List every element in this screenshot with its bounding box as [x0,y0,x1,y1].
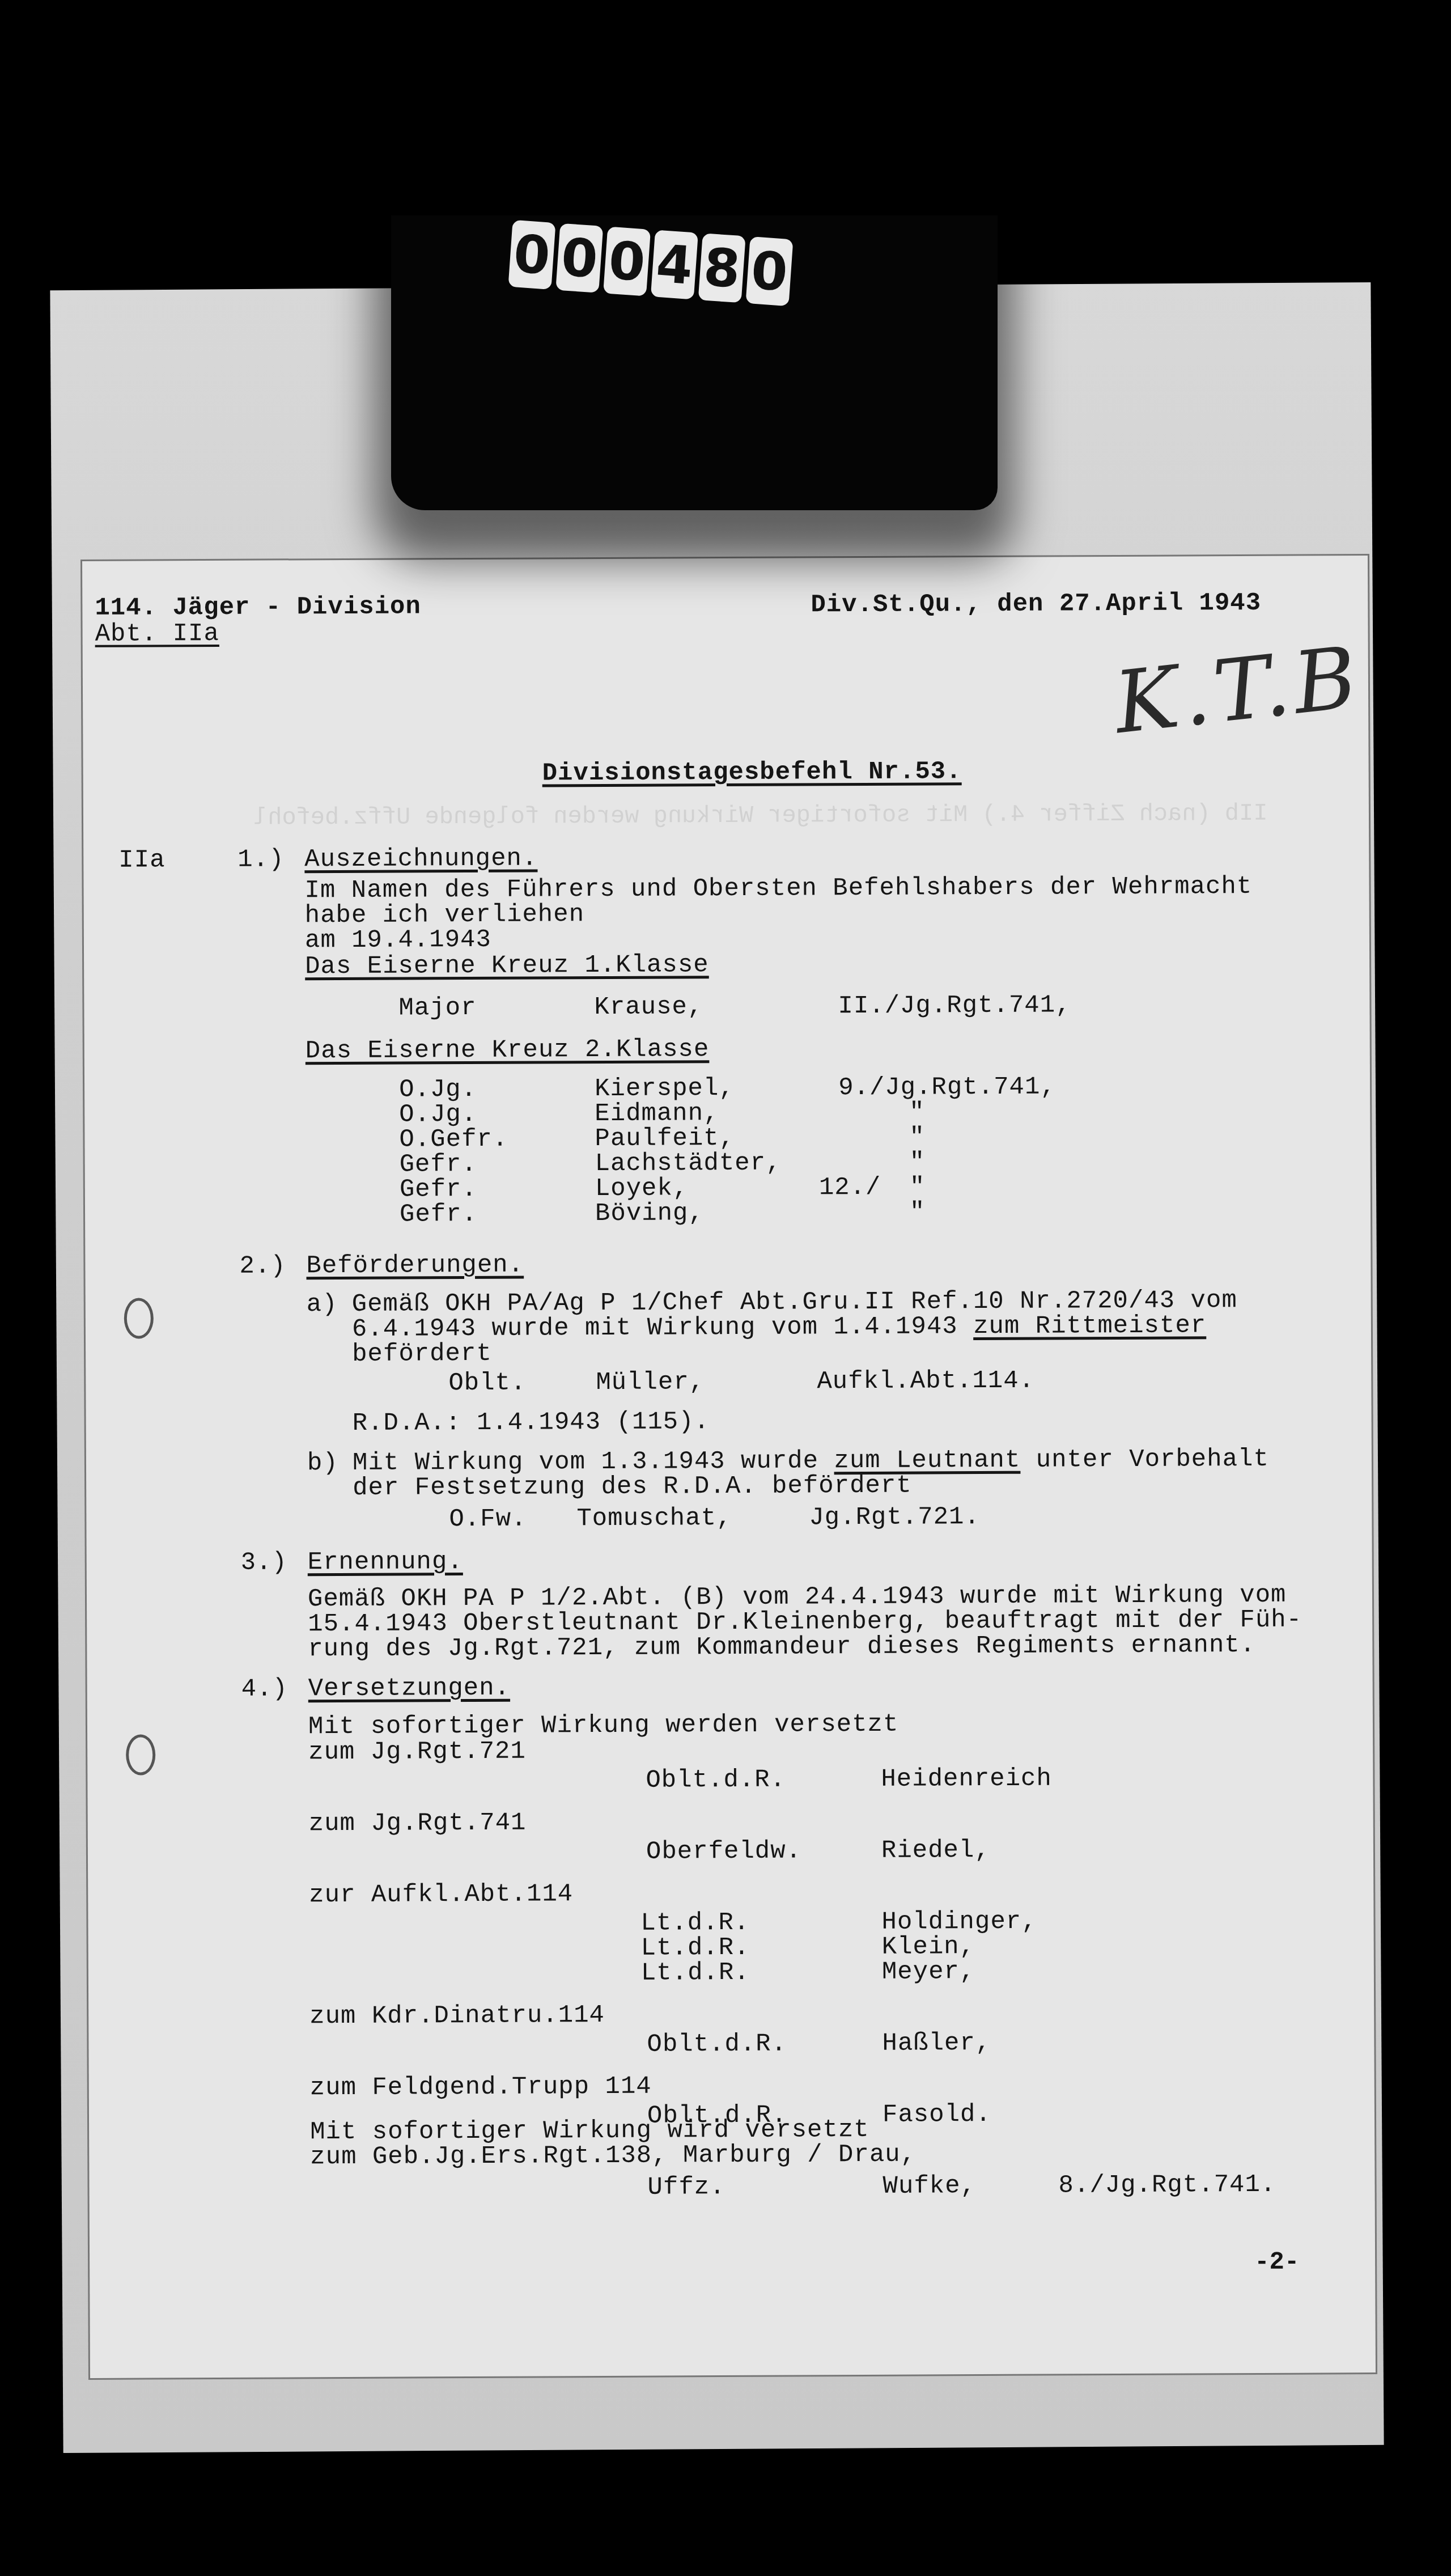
department-label: Abt. IIa [95,621,219,647]
section-3-line: rung des Jg.Rgt.721, zum Kommandeur dies… [308,1632,1255,1662]
section-1-heading: Auszeichnungen. [304,845,537,872]
section-3-heading: Ernennung. [308,1549,463,1575]
unit-name: 114. Jäger - Division [95,594,421,621]
counter-digit: 8 [698,233,746,303]
destination: zum Feldgend.Trupp 114 [310,2074,652,2102]
bleed-through-text: IIb (nach Ziffer 4.) Mit sofortiger Wirk… [253,800,1268,832]
name: Fasold. [883,2102,991,2128]
name: Loyek, [595,1175,689,1202]
rank: Oblt.d.R. [647,2031,787,2058]
destination: zur Aufkl.Abt.114 [309,1881,573,1908]
section-3-number: 3.) [241,1549,287,1575]
underlined-rank: zum Leutnant [834,1446,1020,1475]
unit: " [909,1124,925,1150]
name: Paulfeit, [595,1125,735,1152]
underlined-rank: zum Rittmeister [973,1311,1206,1341]
text: unter Vorbehalt [1020,1445,1269,1475]
destination: zum Kdr.Dinatru.114 [309,2002,605,2030]
rank: Lt.d.R. [640,1910,749,1937]
rank: Major [398,995,476,1022]
item-a-label: a) [307,1291,338,1317]
name: Kierspel, [595,1075,735,1102]
section-4-heading: Versetzungen. [308,1675,510,1702]
destination: zum Jg.Rgt.721 [308,1739,526,1766]
rank: O.Jg. [399,1077,477,1103]
unit: Aufkl.Abt.114. [817,1368,1034,1395]
rank: Oblt.d.R. [646,1767,786,1794]
name: Klein, [882,1934,975,1960]
rank: O.Jg. [399,1101,477,1128]
rank: Gefr. [400,1151,477,1178]
punch-hole-icon [126,1734,155,1775]
rank: O.Gefr. [399,1126,508,1153]
section-4-number: 4.) [241,1676,288,1702]
margin-label: IIa [118,847,165,873]
rank: Gefr. [400,1176,477,1203]
handwritten-ktb-mark: K.T.B [1110,628,1366,753]
name: Böving, [595,1200,704,1227]
name: Eidmann, [595,1100,719,1127]
rda-line: R.D.A.: 1.4.1943 (115). [353,1409,710,1437]
section-1-intro-line: habe ich verliehen [305,901,584,929]
unit: " [910,1149,926,1175]
name: Wufke, [883,2173,976,2200]
award-1-title: Das Eiserne Kreuz 1.Klasse [305,952,709,980]
rank: Lt.d.R. [641,1935,750,1961]
place-date: Div.St.Qu., den 27.April 1943 [811,590,1261,618]
section-4-destination-2: zum Geb.Jg.Ers.Rgt.138, Marburg / Drau, [310,2142,916,2171]
name: Müller, [596,1369,705,1396]
name: Tomuschat, [576,1505,732,1532]
unit: " [910,1199,926,1225]
rank: O.Fw. [449,1506,527,1533]
rank: Gefr. [400,1201,477,1228]
page-number: -2- [1254,2248,1299,2277]
unit: 9./Jg.Rgt.741, [838,1074,1056,1101]
name: Holdinger, [881,1909,1037,1935]
rank: Oblt. [448,1370,526,1397]
unit: " [910,1174,926,1200]
counter-digit: 0 [555,223,603,293]
section-2-heading: Beförderungen. [306,1252,524,1279]
name: Riedel, [881,1837,990,1864]
counter-digit: 0 [508,220,555,290]
award-2-title: Das Eiserne Kreuz 2.Klasse [306,1036,710,1064]
rank: Oberfeldw. [646,1838,801,1865]
counter-digit: 0 [603,227,651,296]
destination: zum Jg.Rgt.741 [309,1810,527,1837]
counter-digit: 0 [745,236,793,306]
rank: Uffz. [647,2174,725,2201]
document-title: Divisionstagesbefehl Nr.53. [542,759,962,786]
item-b-label: b) [307,1450,338,1476]
section-1-number: 1.) [237,846,284,872]
item-b-line: der Festsetzung des R.D.A. befördert [353,1473,912,1501]
text: 6.4.1943 wurde mit Wirkung vom 1.4.1943 [352,1312,973,1344]
unit-prefix: 12./ [819,1175,881,1201]
name: Krause, [594,994,703,1020]
item-a-line: 6.4.1943 wurde mit Wirkung vom 1.4.1943 … [352,1312,1206,1342]
section-1-intro-line: Im Namen des Führers und Obersten Befehl… [304,874,1252,904]
unit: 8./Jg.Rgt.741. [1058,2172,1276,2199]
item-a-line: befördert [352,1341,492,1367]
counter-digit: 4 [651,230,698,299]
rank: Lt.d.R. [641,1960,750,1986]
section-2-number: 2.) [239,1253,286,1279]
punch-hole-icon [124,1298,154,1338]
section-4-intro: Mit sofortiger Wirkung werden versetzt [308,1711,899,1740]
name: Heidenreich [881,1766,1052,1793]
unit: Jg.Rgt.721. [809,1504,980,1531]
unit: " [909,1099,925,1125]
name: Haßler, [882,2030,991,2057]
section-1-intro-line: am 19.4.1943 [305,927,491,954]
name: Lachstädter, [595,1150,782,1177]
name: Meyer, [882,1959,975,1985]
document-page: IIb (nach Ziffer 4.) Mit sofortiger Wirk… [82,556,1376,2378]
unit: II./Jg.Rgt.741, [838,992,1071,1019]
